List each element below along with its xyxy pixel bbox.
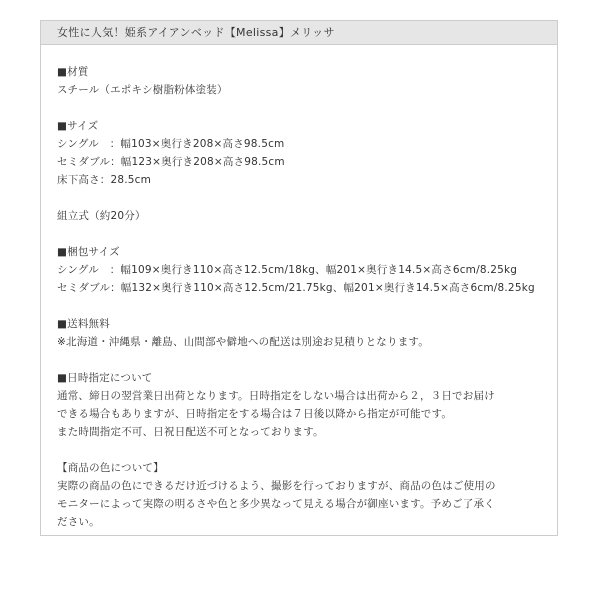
spec-line: 通常、締日の翌営業日出荷となります。日時指定をしない場合は出荷から２，３日でお届…: [57, 387, 557, 405]
spacer: [57, 441, 557, 459]
section-material: ■材質 スチール（エポキシ樹脂粉体塗装）: [57, 63, 557, 99]
spec-line: ださい。: [57, 513, 557, 531]
section-heading: 【商品の色について】: [57, 459, 557, 477]
section-heading: ■サイズ: [57, 117, 557, 135]
spec-line: 組立式（約20分）: [57, 207, 557, 225]
product-spec-box: 女性に人気！姫系アイアンベッド【Melissa】メリッサ ■材質 スチール（エポ…: [40, 20, 558, 536]
spacer: [57, 99, 557, 117]
section-heading: ■梱包サイズ: [57, 243, 557, 261]
section-assembly: 組立式（約20分）: [57, 207, 557, 225]
spec-line: 実際の商品の色にできるだけ近づけるよう、撮影を行っておりますが、商品の色はご使用…: [57, 477, 557, 495]
spec-line: スチール（エポキシ樹脂粉体塗装）: [57, 81, 557, 99]
spec-body: ■材質 スチール（エポキシ樹脂粉体塗装） ■サイズ シングル ：幅103×奥行き…: [41, 45, 557, 531]
spacer: [57, 351, 557, 369]
section-heading: ■材質: [57, 63, 557, 81]
spec-line: シングル ：幅103×奥行き208×高さ98.5cm: [57, 135, 557, 153]
spacer: [57, 225, 557, 243]
section-delivery: ■日時指定について 通常、締日の翌営業日出荷となります。日時指定をしない場合は出…: [57, 369, 557, 441]
spec-line: できる場合もありますが、日時指定をする場合は７日後以降から指定が可能です。: [57, 405, 557, 423]
spec-line: また時間指定不可、日祝日配送不可となっております。: [57, 423, 557, 441]
section-package: ■梱包サイズ シングル ：幅109×奥行き110×高さ12.5cm/18kg、幅…: [57, 243, 557, 297]
product-title: 女性に人気！姫系アイアンベッド【Melissa】メリッサ: [41, 21, 557, 45]
spec-line: 床下高さ：28.5cm: [57, 171, 557, 189]
section-color-notice: 【商品の色について】 実際の商品の色にできるだけ近づけるよう、撮影を行っておりま…: [57, 459, 557, 531]
section-size: ■サイズ シングル ：幅103×奥行き208×高さ98.5cm セミダブル：幅1…: [57, 117, 557, 189]
spacer: [57, 297, 557, 315]
section-heading: ■送料無料: [57, 315, 557, 333]
spec-line: シングル ：幅109×奥行き110×高さ12.5cm/18kg、幅201×奥行き…: [57, 261, 557, 279]
spec-line: ※北海道・沖縄県・離島、山間部や僻地への配送は別途お見積りとなります。: [57, 333, 557, 351]
spec-line: セミダブル：幅132×奥行き110×高さ12.5cm/21.75kg、幅201×…: [57, 279, 557, 297]
spec-line: セミダブル：幅123×奥行き208×高さ98.5cm: [57, 153, 557, 171]
section-heading: ■日時指定について: [57, 369, 557, 387]
spacer: [57, 189, 557, 207]
spec-line: モニターによって実際の明るさや色と多少異なって見える場合が御座います。予めご了承…: [57, 495, 557, 513]
section-shipping: ■送料無料 ※北海道・沖縄県・離島、山間部や僻地への配送は別途お見積りとなります…: [57, 315, 557, 351]
